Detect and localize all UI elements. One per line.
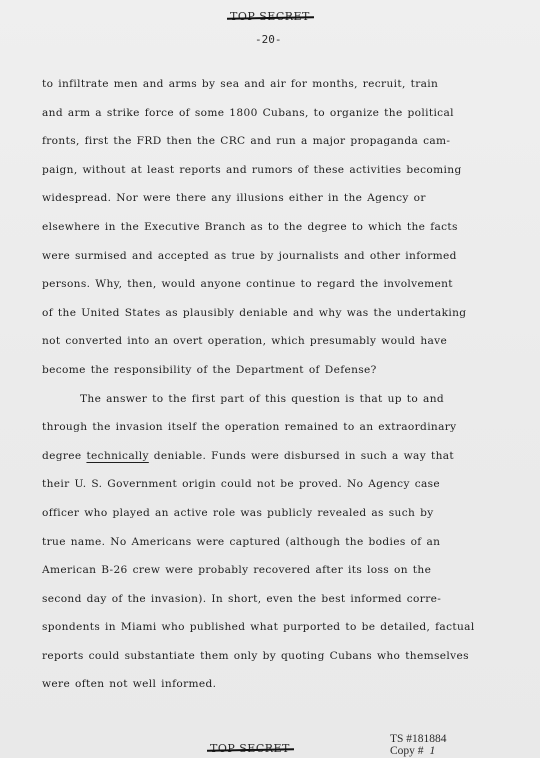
- text-segment: deniable. Funds were disbursed in such a…: [149, 450, 454, 462]
- text-line: were often not well informed.: [42, 670, 522, 699]
- document-page: TOP SECRET -20- to infiltrate men and ar…: [0, 0, 540, 758]
- text-line: not converted into an overt operation, w…: [42, 327, 522, 356]
- text-line: to infiltrate men and arms by sea and ai…: [42, 70, 522, 99]
- copy-label: Copy #: [390, 745, 424, 757]
- text-line: officer who played an active role was pu…: [42, 499, 522, 528]
- text-line: of the United States as plausibly deniab…: [42, 299, 522, 328]
- text-line: elsewhere in the Executive Branch as to …: [42, 213, 522, 242]
- underlined-word: technically: [86, 450, 148, 462]
- copy-number: 1: [430, 745, 436, 757]
- text-line: widespread. Nor were there any illusions…: [42, 184, 522, 213]
- text-line: true name. No Americans were captured (a…: [42, 528, 522, 557]
- text-line: were surmised and accepted as true by jo…: [42, 242, 522, 271]
- text-line: degree technically deniable. Funds were …: [42, 442, 522, 471]
- text-line: their U. S. Government origin could not …: [42, 470, 522, 499]
- text-line: American B-26 crew were probably recover…: [42, 556, 522, 585]
- footer-classification-marking: TOP SECRET: [210, 742, 290, 755]
- text-line: paign, without at least reports and rumo…: [42, 156, 522, 185]
- text-line: spondents in Miami who published what pu…: [42, 613, 522, 642]
- body-text: to infiltrate men and arms by sea and ai…: [42, 70, 522, 699]
- text-line: become the responsibility of the Departm…: [42, 356, 522, 385]
- text-line: fronts, first the FRD then the CRC and r…: [42, 127, 522, 156]
- text-line: through the invasion itself the operatio…: [42, 413, 522, 442]
- control-number: TS #181884: [390, 733, 447, 745]
- paragraph-1: to infiltrate men and arms by sea and ai…: [42, 70, 522, 385]
- text-segment: degree: [42, 450, 86, 462]
- text-line: second day of the invasion). In short, e…: [42, 585, 522, 614]
- copy-line: Copy #1: [390, 745, 447, 757]
- page-number: -20-: [255, 33, 282, 46]
- document-control-block: TS #181884 Copy #1: [390, 733, 447, 757]
- text-line: reports could substantiate them only by …: [42, 642, 522, 671]
- text-line: persons. Why, then, would anyone continu…: [42, 270, 522, 299]
- header-classification-marking: TOP SECRET: [230, 10, 310, 23]
- text-line: The answer to the first part of this que…: [42, 385, 522, 414]
- text-line: and arm a strike force of some 1800 Cuba…: [42, 99, 522, 128]
- paragraph-2: The answer to the first part of this que…: [42, 385, 522, 700]
